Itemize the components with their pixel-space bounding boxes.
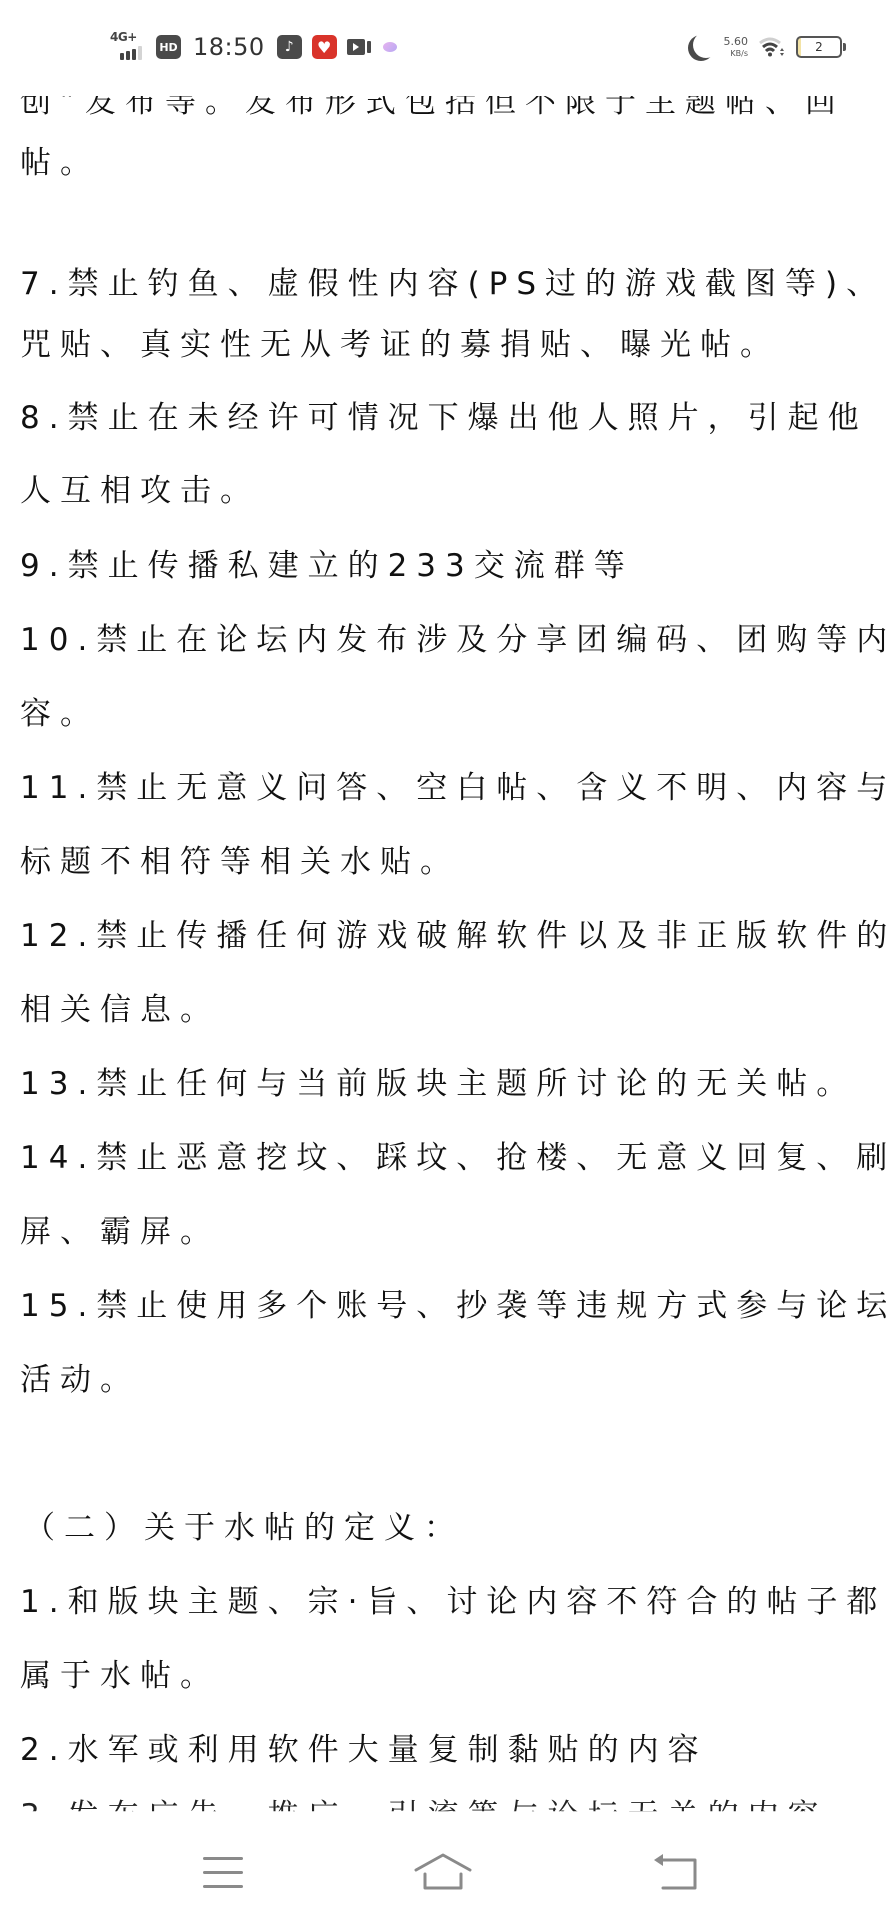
text-line: 活动。 <box>20 1360 876 1400</box>
text-line: 咒贴、真实性无从考证的募捐贴、曝光帖。 <box>20 325 876 365</box>
navigation-bar <box>0 1830 886 1920</box>
text-line: 12.禁止传播任何游戏破解软件以及非正版软件的 <box>20 916 876 956</box>
home-icon <box>413 1852 473 1892</box>
wifi-icon <box>758 36 786 58</box>
text-line: 创”发布等。发布形式包括但不限于主题帖、回 <box>20 96 876 122</box>
text-line: 标题不相符等相关水贴。 <box>20 842 876 882</box>
text-line: 2.水军或利用软件大量复制黏贴的内容 <box>20 1730 876 1770</box>
battery-level: 2 <box>815 40 823 54</box>
heart-app-icon: ♥ <box>312 35 337 59</box>
moon-icon <box>693 32 719 58</box>
status-bar-right: 5.60 KB/s 2 <box>688 32 843 62</box>
hd-voice-icon: HD <box>156 35 181 59</box>
text-line: 9.禁止传播私建立的233交流群等 <box>20 546 876 586</box>
text-line: 容。 <box>20 694 876 734</box>
article-content[interactable]: 创”发布等。发布形式包括但不限于主题帖、回 帖。 7.禁止钓鱼、虚假性内容(PS… <box>0 96 886 1830</box>
text-line: 15.禁止使用多个账号、抄袭等违规方式参与论坛 <box>20 1286 876 1326</box>
cellular-signal-icon: 4G+ <box>108 32 146 62</box>
back-icon <box>651 1852 699 1892</box>
video-camera-icon <box>347 38 373 56</box>
status-bar: 4G+ HD 18:50 ♪ ♥ 5.60 KB/s 2 <box>0 0 886 96</box>
network-speed: 5.60 KB/s <box>724 36 749 58</box>
text-line: 14.禁止恶意挖坟、踩坟、抢楼、无意义回复、刷 <box>20 1138 876 1178</box>
text-line: 13.禁止任何与当前版块主题所讨论的无关帖。 <box>20 1064 876 1104</box>
section-heading: （二）关于水帖的定义： <box>24 1508 876 1548</box>
menu-icon <box>201 1854 245 1890</box>
back-button[interactable] <box>640 1842 710 1902</box>
text-line: 相关信息。 <box>20 990 876 1030</box>
text-line: 1.和版块主题、宗·旨、讨论内容不符合的帖子都 <box>20 1582 876 1622</box>
network-speed-value: 5.60 <box>724 36 749 47</box>
text-line: 11.禁止无意义问答、空白帖、含义不明、内容与 <box>20 768 876 808</box>
bubble-icon <box>383 42 397 52</box>
battery-icon: 2 <box>796 36 842 58</box>
tiktok-icon: ♪ <box>277 35 302 59</box>
text-line: 屏、霸屏。 <box>20 1212 876 1252</box>
text-line: 8.禁止在未经许可情况下爆出他人照片，引起他 <box>20 398 876 438</box>
clock: 18:50 <box>193 33 265 61</box>
text-line: 10.禁止在论坛内发布涉及分享团编码、团购等内 <box>20 620 876 660</box>
home-button[interactable] <box>408 1842 478 1902</box>
status-bar-left: 4G+ HD 18:50 ♪ ♥ <box>108 32 397 62</box>
network-type-label: 4G+ <box>110 30 137 44</box>
network-speed-unit: KB/s <box>730 50 748 58</box>
text-line: 人互相攻击。 <box>20 471 876 511</box>
menu-button[interactable] <box>188 1842 258 1902</box>
text-line: 属于水帖。 <box>20 1656 876 1696</box>
text-line: 7.禁止钓鱼、虚假性内容(PS过的游戏截图等)、诅 <box>20 264 876 304</box>
text-line-cut-off: 3.发布广告、推广、引流等与论坛无关的内容。 <box>20 1796 876 1830</box>
text-line: 帖。 <box>20 143 876 183</box>
